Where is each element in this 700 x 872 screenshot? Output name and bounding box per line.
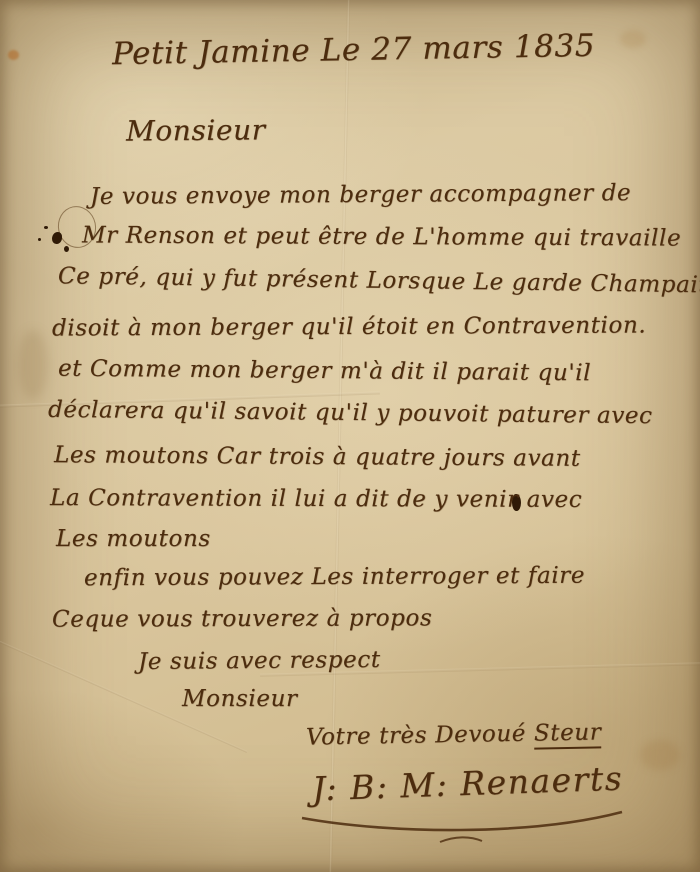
body-line: enfin vous pouvez Les interroger et fair…: [84, 563, 585, 592]
paper-stain: [18, 330, 48, 400]
closing-respect-line: Je suis avec respect: [138, 647, 381, 675]
body-line: Je vous envoye mon berger accompagner de: [90, 180, 631, 210]
body-line: Ce pré, qui y fut présent Lorsque Le gar…: [58, 263, 700, 298]
body-line: et Comme mon berger m'à dit il parait qu…: [58, 356, 591, 387]
ink-blot: [52, 232, 62, 244]
ink-blot-speck: [38, 238, 41, 241]
dateline: Petit Jamine Le 27 mars 1835: [112, 28, 596, 72]
body-line: Ceque vous trouverez à propos: [52, 605, 432, 632]
ink-blot-speck: [44, 226, 48, 229]
body-line: Les moutons: [56, 526, 211, 552]
body-line: La Contravention il lui a dit de y venir…: [50, 485, 582, 513]
body-line: Mr Renson et peut être de L'homme qui tr…: [82, 222, 681, 251]
body-line: Les moutons Car trois à quatre jours ava…: [54, 442, 581, 472]
closing-devoue-line: Votre très Devoué Steur: [306, 719, 602, 750]
body-line: disoit à mon berger qu'il étoit en Contr…: [52, 312, 646, 341]
signature: J: B: M: Renaerts: [311, 759, 623, 809]
paper-stain: [8, 50, 19, 60]
paper-stain: [640, 740, 680, 770]
closing-monsieur-line: Monsieur: [182, 686, 298, 712]
signature-flourish: [300, 800, 640, 850]
scanned-letter-page: Petit Jamine Le 27 mars 1835 Monsieur Je…: [0, 0, 700, 872]
paper-stain: [620, 30, 646, 48]
ink-blot-speck: [64, 246, 69, 252]
closing-devoue-abbrev: Steur: [534, 719, 602, 749]
closing-devoue-text: Votre très Devoué: [306, 721, 526, 751]
salutation: Monsieur: [126, 113, 266, 147]
body-line: déclarera qu'il savoit qu'il y pouvoit p…: [48, 397, 653, 429]
